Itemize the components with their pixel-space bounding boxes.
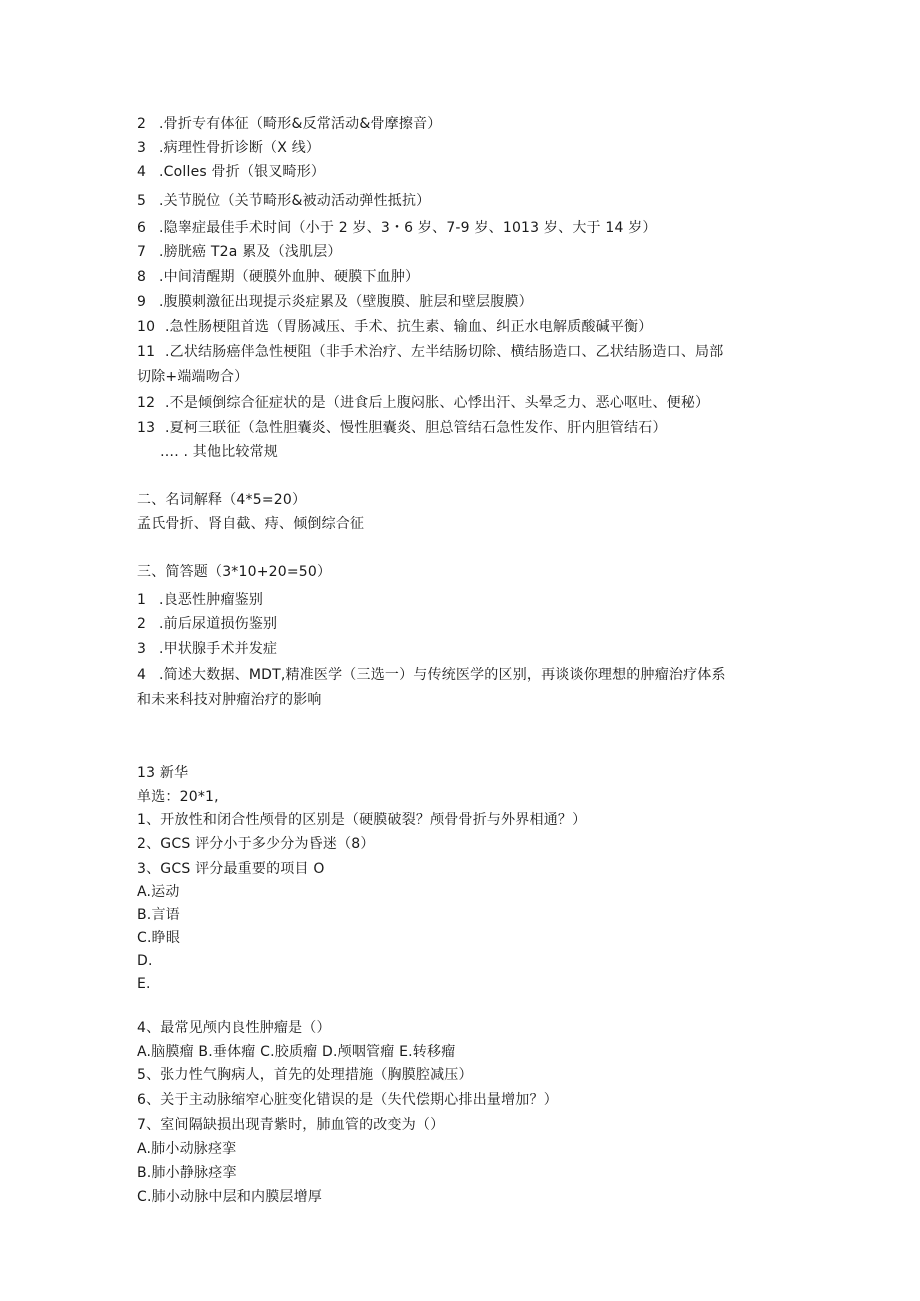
item-number: 1	[137, 591, 159, 609]
question-item: 3.病理性骨折诊断（X 线）	[137, 139, 320, 157]
item-text: .隐睾症最佳手术时间（小于 2 岁、3・6 岁、7-9 岁、1013 岁、大于 …	[159, 220, 657, 236]
question-item: 2.前后尿道损伤鉴别	[137, 615, 277, 633]
item-text: .前后尿道损伤鉴别	[159, 616, 277, 632]
question-item: 11.乙状结肠癌伴急性梗阻（非手术治疗、左半结肠切除、横结肠造口、乙状结肠造口、…	[137, 343, 723, 361]
item-number: 10	[137, 318, 165, 336]
option-line: A.运动	[137, 883, 180, 901]
section-heading: 二、名词解释（4*5=20）	[137, 491, 306, 509]
question-item: 10.急性肠梗阻首选（胃肠减压、手术、抗生素、输血、纠正水电解质酸碱平衡）	[137, 318, 652, 336]
item-text: .不是倾倒综合征症状的是（进食后上腹闷胀、心悸出汗、头晕乏力、恶心呕吐、便秘）	[165, 395, 709, 411]
question-item: 4.Colles 骨折（银叉畸形）	[137, 163, 325, 181]
question-item: 9.腹膜刺激征出现提示炎症累及（壁腹膜、脏层和壁层腹膜）	[137, 293, 533, 311]
item-text: .膀胱癌 T2a 累及（浅肌层）	[159, 244, 342, 260]
section-content: 孟氏骨折、肾自截、痔、倾倒综合征	[137, 515, 364, 533]
option-line: C.肺小动脉中层和内膜层增厚	[137, 1188, 322, 1206]
section-footer-note: …. . 其他比较常规	[160, 443, 278, 461]
item-number: 2	[137, 115, 159, 133]
question-item: 13.夏柯三联征（急性胆囊炎、慢性胆囊炎、胆总管结石急性发作、肝内胆管结石）	[137, 419, 667, 437]
item-text: .关节脱位（关节畸形&被动活动弹性抵抗）	[159, 193, 430, 209]
item-text: .甲状腺手术并发症	[159, 641, 277, 657]
item-number: 11	[137, 343, 165, 361]
option-line: A.肺小动脉痉挛	[137, 1140, 236, 1158]
option-line: B.肺小静脉痉挛	[137, 1164, 237, 1182]
question-item-continuation: 切除+端端吻合）	[137, 368, 248, 386]
exam-line: 7、室间隔缺损出现青紫时，肺血管的改变为（）	[137, 1116, 444, 1134]
option-line: B.言语	[137, 906, 180, 924]
exam-line: 3、GCS 评分最重要的项目 O	[137, 860, 325, 878]
option-line: C.睁眼	[137, 929, 180, 947]
item-number: 4	[137, 163, 159, 181]
exam-line: 2、GCS 评分小于多少分为昏迷（8）	[137, 835, 375, 853]
item-number: 12	[137, 394, 165, 412]
item-text: .简述大数据、MDT,精准医学（三选一）与传统医学的区别，再谈谈你理想的肿瘤治疗…	[159, 667, 726, 683]
item-text: .中间清醒期（硬膜外血肿、硬膜下血肿）	[159, 269, 419, 285]
exam-title: 13 新华	[137, 764, 188, 782]
item-text: 切除+端端吻合）	[137, 369, 248, 385]
exam-line: 4、最常见颅内良性肿瘤是（）	[137, 1019, 331, 1037]
option-line: D.	[137, 952, 153, 970]
option-line: A.脑膜瘤 B.垂体瘤 C.胶质瘤 D.颅咽管瘤 E.转移瘤	[137, 1043, 455, 1061]
exam-line: 6、关于主动脉缩窄心脏变化错误的是（失代偿期心排出量增加？）	[137, 1091, 558, 1109]
item-number: 3	[137, 139, 159, 157]
exam-line: 1、开放性和闭合性颅骨的区别是（硬膜破裂？颅骨骨折与外界相通？）	[137, 811, 586, 829]
exam-subtitle: 单选：20*1,	[137, 788, 219, 806]
exam-line: 5、张力性气胸病人，首先的处理措施（胸膜腔减压）	[137, 1066, 473, 1084]
option-line: E.	[137, 975, 151, 993]
question-item: 2.骨折专有体征（畸形&反常活动&骨摩擦音）	[137, 115, 441, 133]
question-item: 1.良恶性肿瘤鉴别	[137, 591, 263, 609]
item-number: 3	[137, 640, 159, 658]
item-number: 2	[137, 615, 159, 633]
question-item: 7.膀胱癌 T2a 累及（浅肌层）	[137, 243, 342, 261]
item-text: .良恶性肿瘤鉴别	[159, 592, 263, 608]
item-text: .病理性骨折诊断（X 线）	[159, 140, 320, 156]
item-text: .骨折专有体征（畸形&反常活动&骨摩擦音）	[159, 116, 441, 132]
item-number: 7	[137, 243, 159, 261]
question-item: 5.关节脱位（关节畸形&被动活动弹性抵抗）	[137, 192, 430, 210]
item-number: 13	[137, 419, 165, 437]
item-number: 4	[137, 666, 159, 684]
item-text: .腹膜刺激征出现提示炎症累及（壁腹膜、脏层和壁层腹膜）	[159, 294, 533, 310]
item-text: .急性肠梗阻首选（胃肠减压、手术、抗生素、输血、纠正水电解质酸碱平衡）	[165, 319, 652, 335]
question-item-continuation: 和未来科技对肿瘤治疗的影响	[137, 691, 322, 709]
item-number: 6	[137, 219, 159, 237]
question-item: 3.甲状腺手术并发症	[137, 640, 277, 658]
item-text: .乙状结肠癌伴急性梗阻（非手术治疗、左半结肠切除、横结肠造口、乙状结肠造口、局部	[165, 344, 723, 360]
section-heading: 三、简答题（3*10+20=50）	[137, 563, 331, 581]
question-item: 12.不是倾倒综合征症状的是（进食后上腹闷胀、心悸出汗、头晕乏力、恶心呕吐、便秘…	[137, 394, 709, 412]
document-page: 2.骨折专有体征（畸形&反常活动&骨摩擦音） 3.病理性骨折诊断（X 线） 4.…	[0, 0, 920, 1301]
question-item: 6.隐睾症最佳手术时间（小于 2 岁、3・6 岁、7-9 岁、1013 岁、大于…	[137, 219, 657, 237]
item-text: .Colles 骨折（银叉畸形）	[159, 164, 325, 180]
item-number: 9	[137, 293, 159, 311]
item-number: 5	[137, 192, 159, 210]
question-item: 8.中间清醒期（硬膜外血肿、硬膜下血肿）	[137, 268, 419, 286]
question-item: 4.简述大数据、MDT,精准医学（三选一）与传统医学的区别，再谈谈你理想的肿瘤治…	[137, 666, 726, 684]
item-number: 8	[137, 268, 159, 286]
item-text: .夏柯三联征（急性胆囊炎、慢性胆囊炎、胆总管结石急性发作、肝内胆管结石）	[165, 420, 667, 436]
